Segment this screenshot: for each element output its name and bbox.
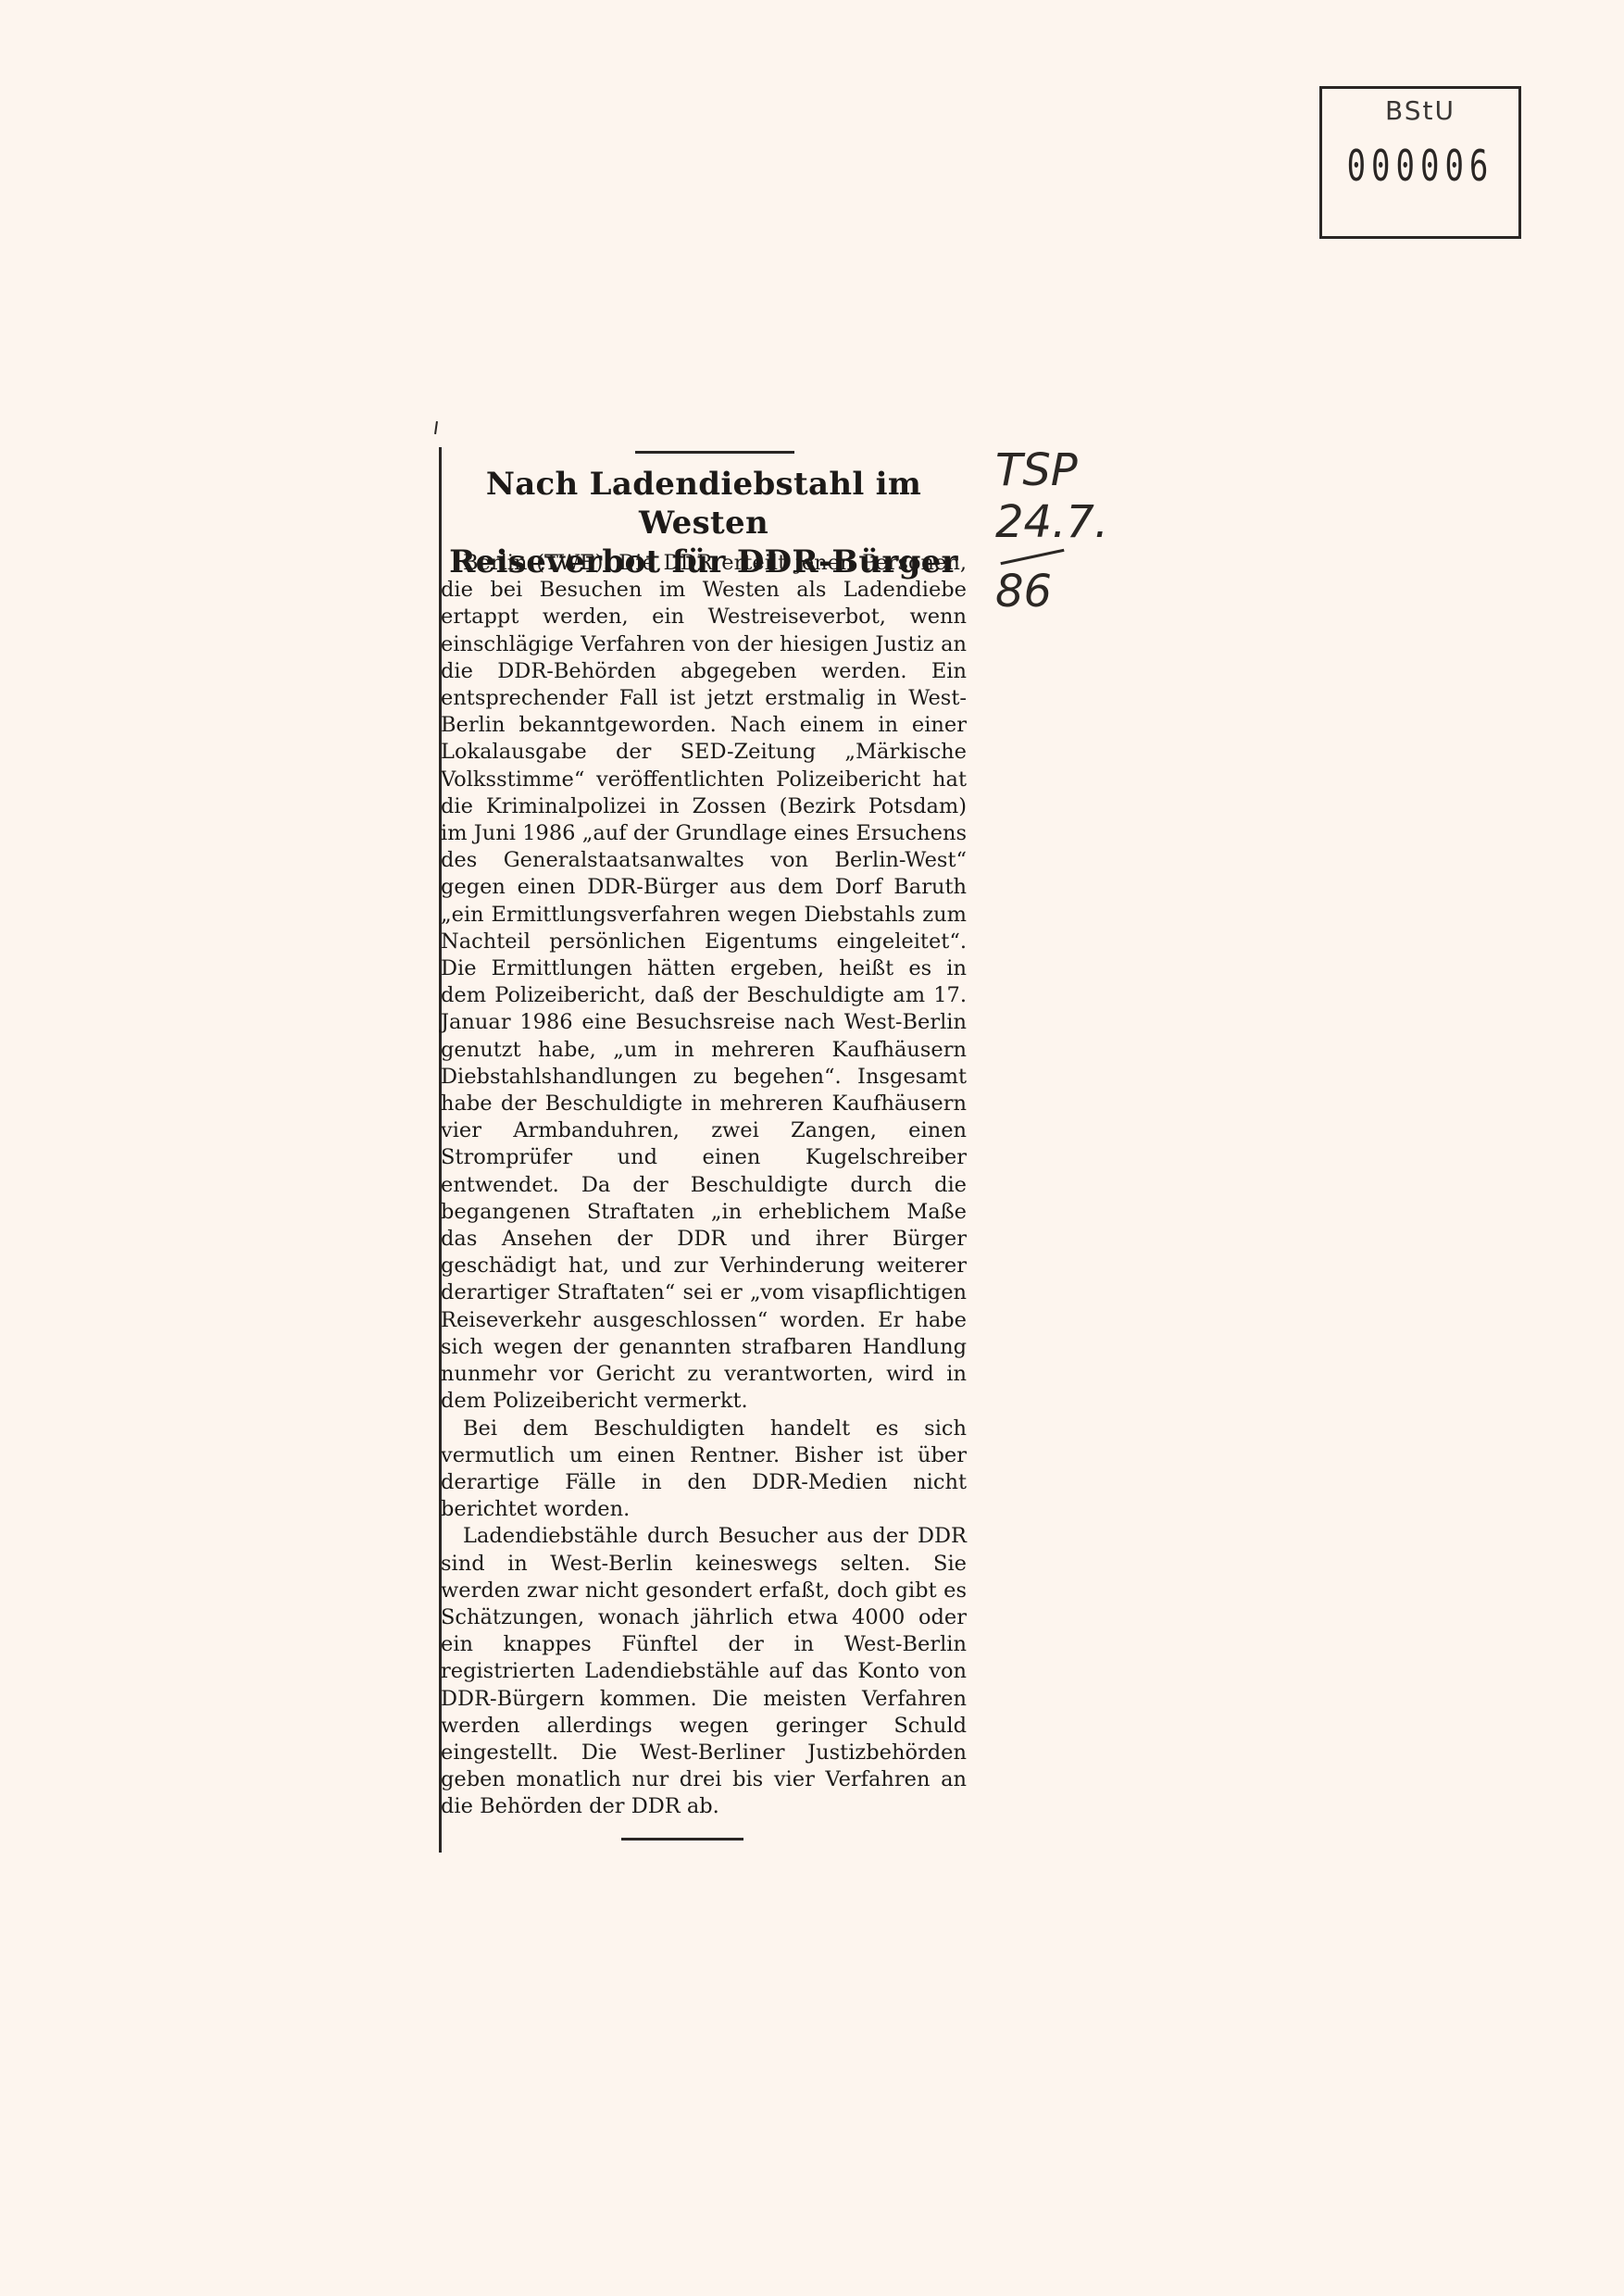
article-body: Berlin (TWE). Die DDR erteilt jenen Pers…: [441, 550, 967, 1821]
handwritten-annotation: TSP 24.7. 86: [995, 444, 1108, 618]
stamp-number: 000006: [1322, 142, 1518, 192]
annotation-year: 86: [995, 566, 1108, 618]
archive-stamp: BStU 000006: [1319, 86, 1521, 239]
annotation-date: 24.7.: [995, 496, 1108, 548]
article-paragraph: Berlin (TWE). Die DDR erteilt jenen Pers…: [441, 550, 967, 1416]
annotation-dash: [1000, 549, 1064, 565]
article-paragraph: Ladendiebstähle durch Besucher aus der D…: [441, 1523, 967, 1820]
top-rule: [635, 451, 794, 454]
bottom-rule: [621, 1838, 743, 1841]
clipping-edge-mark: [434, 421, 438, 434]
headline-line-1: Nach Ladendiebstahl im Westen: [444, 465, 963, 543]
article-paragraph: Bei dem Beschuldigten handelt es sich ve…: [441, 1416, 967, 1524]
annotation-source: TSP: [995, 444, 1108, 496]
stamp-org: BStU: [1322, 96, 1518, 126]
